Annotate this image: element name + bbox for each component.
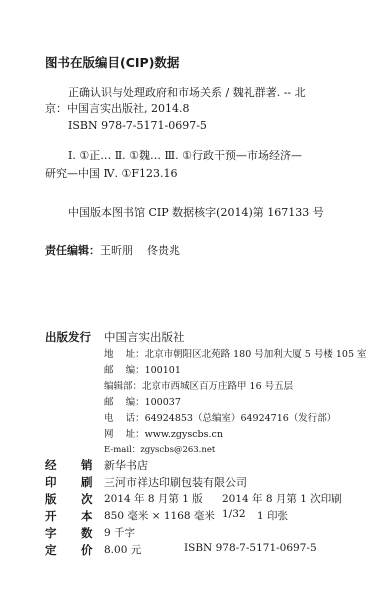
spec-value-edition: 2014 年 8 月第 1 版: [104, 491, 203, 506]
spec-char-2: 销: [81, 457, 93, 473]
address-label: 地 址：: [104, 349, 145, 360]
spec-value-format: 850 毫米 × 1168 毫米: [104, 508, 215, 523]
editor-names: 王昕朋 佟贵兆: [100, 244, 180, 257]
cip-title: 图书在版编目(CIP)数据: [45, 53, 179, 71]
email-label: E-mail：: [104, 445, 140, 455]
phone-value: 64924853（总编室）64924716（发行部）: [145, 413, 337, 424]
responsible-editor: 责任编辑：王昕朋 佟贵兆: [45, 239, 180, 258]
spec-char-2: 刷: [81, 474, 93, 490]
editorial-office-address: 编辑部：北京市西城区百万庄路甲 16 号五层: [104, 379, 293, 395]
editor-label: 责任编辑：: [45, 244, 100, 257]
editorial-office-postcode: 邮 编：100037: [104, 395, 181, 411]
cip-bibliographic-line-2: 京：中国言实出版社, 2014.8: [45, 101, 189, 117]
cip-isbn: ISBN 978-7-5171-0697-5: [68, 118, 207, 134]
publisher-email: E-mail：zgyscbs@263.net: [104, 442, 215, 458]
editorial-postcode-value: 100037: [145, 397, 181, 408]
spec-char-2: 数: [81, 525, 93, 541]
spec-value-printer: 三河市祥达印刷包装有限公司: [104, 474, 247, 490]
spec-char-1: 开: [45, 508, 57, 524]
postcode-label: 邮 编：: [104, 365, 145, 376]
address-value: 北京市朝阳区北苑路 180 号加利大厦 5 号楼 105 室: [145, 349, 367, 360]
spec-value-printing: 2014 年 8 月第 1 次印刷: [222, 491, 342, 506]
spec-value-fraction: 1/32: [222, 508, 246, 520]
website-value: www.zgyscbs.cn: [145, 429, 223, 440]
spec-char-2: 本: [81, 508, 93, 524]
email-value: zgyscbs@263.net: [140, 445, 215, 455]
publisher-name: 中国言实出版社: [104, 329, 185, 345]
website-label: 网 址：: [104, 429, 145, 440]
publisher-address: 地 址：北京市朝阳区北苑路 180 号加利大厦 5 号楼 105 室: [104, 347, 367, 363]
editorial-postcode-label: 邮 编：: [104, 397, 145, 408]
cip-classification-line-2: 研究—中国 Ⅳ. ①F123.16: [45, 166, 177, 182]
spec-char-1: 字: [45, 525, 57, 541]
spec-char-2: 价: [81, 542, 93, 558]
phone-label: 电 话：: [104, 413, 145, 424]
publisher-label: 出版发行: [45, 329, 91, 345]
spec-char-1: 定: [45, 542, 57, 558]
cip-bibliographic-line-1: 正确认识与处理政府和市场关系 / 魏礼群著. -- 北: [68, 85, 306, 101]
spec-value-distributor: 新华书店: [104, 457, 148, 473]
postcode-value: 100101: [145, 365, 181, 376]
spec-value-isbn: ISBN 978-7-5171-0697-5: [184, 542, 317, 554]
cip-record-number: 中国版本图书馆 CIP 数据核字(2014)第 167133 号: [68, 205, 324, 221]
publisher-website: 网 址：www.zgyscbs.cn: [104, 427, 223, 443]
spec-char-2: 次: [81, 491, 93, 507]
publisher-postcode: 邮 编：100101: [104, 363, 181, 379]
spec-char-1: 版: [45, 491, 57, 507]
publisher-phone: 电 话：64924853（总编室）64924716（发行部）: [104, 411, 336, 427]
spec-value-sheets: 1 印张: [257, 508, 288, 523]
spec-char-1: 经: [45, 457, 57, 473]
spec-value-wordcount: 9 千字: [104, 525, 135, 540]
editorial-office-value: 北京市西城区百万庄路甲 16 号五层: [142, 381, 293, 392]
editorial-office-label: 编辑部：: [104, 381, 142, 392]
spec-value-price: 8.00 元: [104, 542, 141, 557]
cip-classification-line-1: Ⅰ. ①正… Ⅱ. ①魏… Ⅲ. ①行政干预—市场经济—: [68, 148, 302, 164]
spec-char-1: 印: [45, 474, 57, 490]
